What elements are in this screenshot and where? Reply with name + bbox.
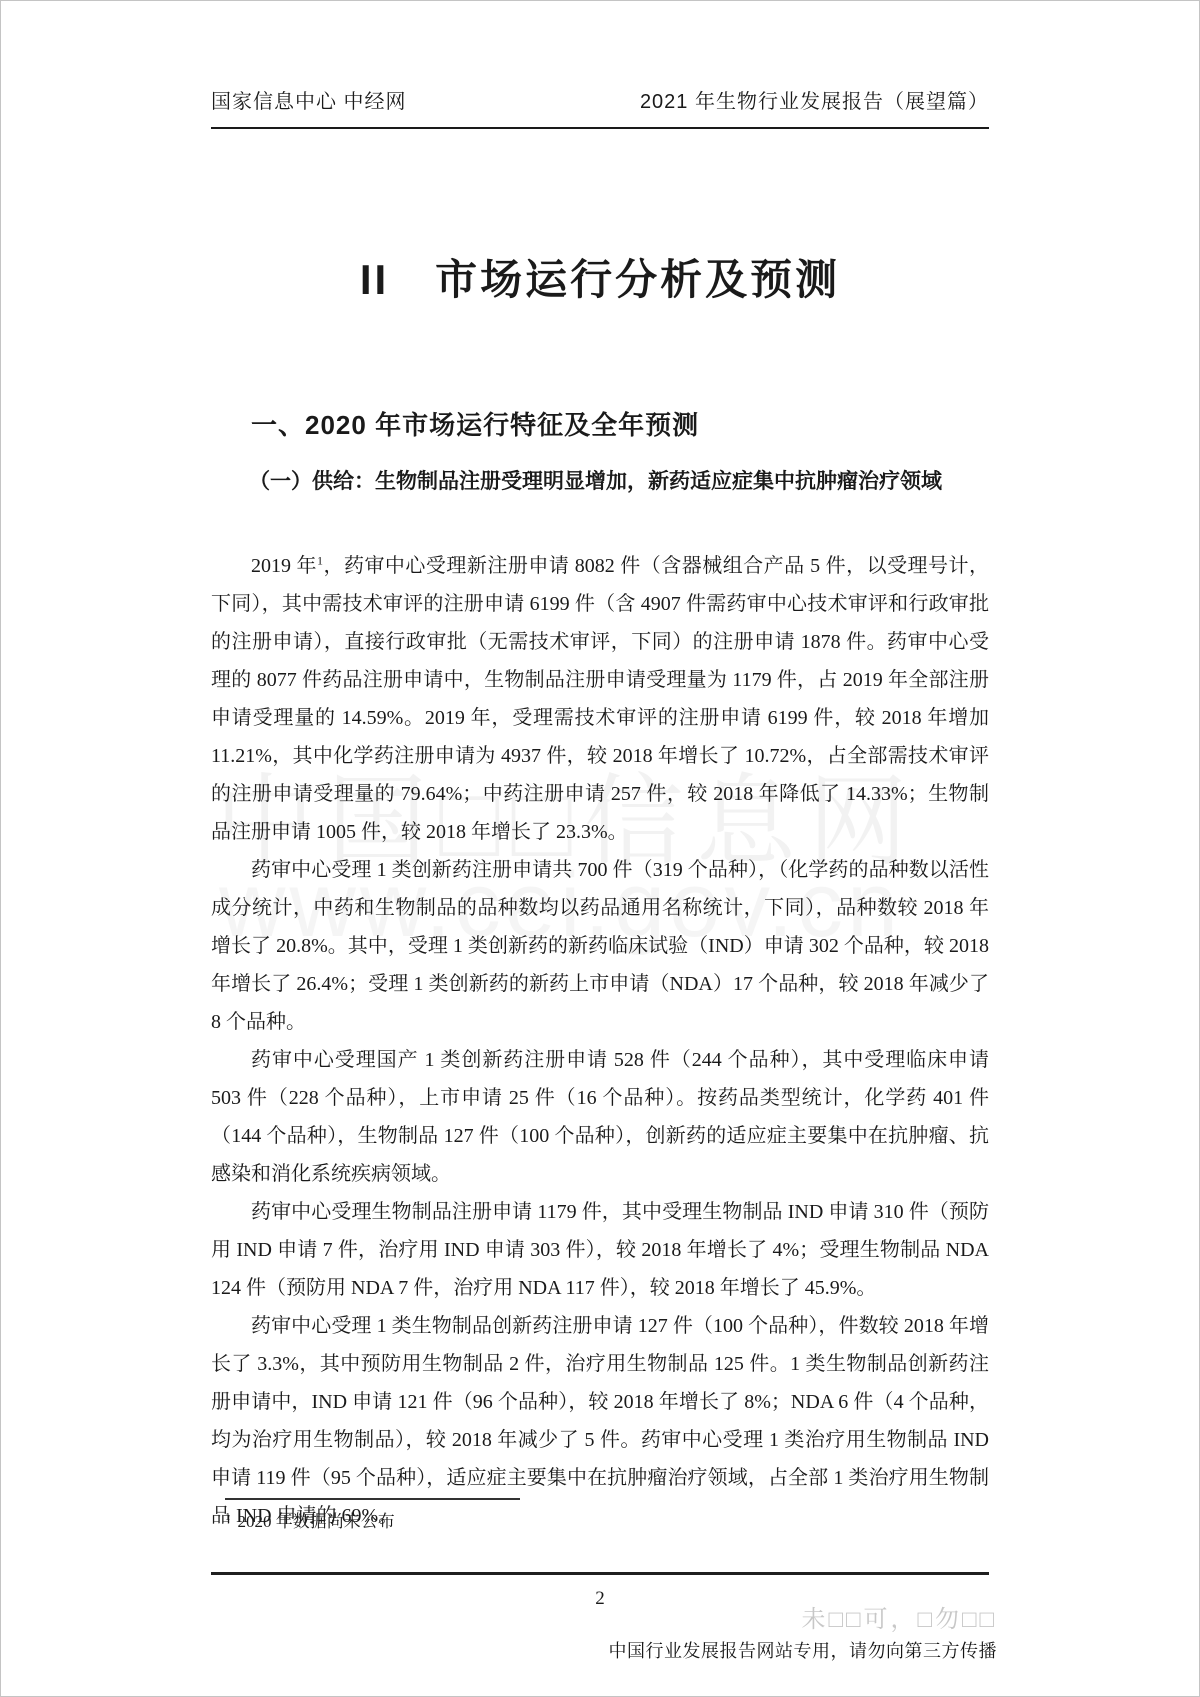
page-footer: 2 未□□可，□勿□□ 中国行业发展报告网站专用，请勿向第三方传播 xyxy=(211,1572,989,1685)
chapter-number: II xyxy=(360,256,389,303)
footer-stamp-watermark: 未□□可，□勿□□ xyxy=(609,1599,998,1634)
header-report-title: 2021 年生物行业发展报告（展望篇） xyxy=(640,85,989,114)
distribution-notice: 中国行业发展报告网站专用，请勿向第三方传播 xyxy=(609,1637,998,1663)
footnote-item: 12020 年数据尚未公布 xyxy=(211,1509,989,1535)
chapter-title-text: 市场运行分析及预测 xyxy=(435,256,840,303)
paragraph-1: 2019 年1，药审中心受理新注册申请 8082 件（含器械组合产品 5 件，以… xyxy=(211,547,989,851)
page-header: 国家信息中心 中经网 2021 年生物行业发展报告（展望篇） xyxy=(211,85,989,129)
paragraph-3: 药审中心受理国产 1 类创新药注册申请 528 件（244 个品种），其中受理临… xyxy=(211,1041,989,1193)
header-org-name: 国家信息中心 中经网 xyxy=(211,85,407,114)
paragraph-1-lead: 2019 年 xyxy=(251,555,317,577)
chapter-title: II市场运行分析及预测 xyxy=(211,254,989,307)
document-page: 中国□□信息网 www.cei.gov.cn 国家信息中心 中经网 2021 年… xyxy=(0,0,1200,1697)
paragraph-4: 药审中心受理生物制品注册申请 1179 件，其中受理生物制品 IND 申请 31… xyxy=(211,1193,989,1307)
section-heading: 一、2020 年市场运行特征及全年预测 xyxy=(211,405,989,442)
footnote-divider xyxy=(225,1498,520,1500)
footer-stamp: 未□□可，□勿□□ 中国行业发展报告网站专用，请勿向第三方传播 xyxy=(609,1599,998,1663)
subsection-heading: （一）供给：生物制品注册受理明显增加，新药适应症集中抗肿瘤治疗领域 xyxy=(211,465,989,495)
paragraph-2: 药审中心受理 1 类创新药注册申请共 700 件（319 个品种），（化学药的品… xyxy=(211,851,989,1041)
footnote-text: 2020 年数据尚未公布 xyxy=(238,1512,395,1531)
footnote-marker: 1 xyxy=(225,1511,231,1523)
body-text: 2019 年1，药审中心受理新注册申请 8082 件（含器械组合产品 5 件，以… xyxy=(211,547,989,1535)
footnote-section: 12020 年数据尚未公布 xyxy=(211,1498,989,1535)
paragraph-1-body: ，药审中心受理新注册申请 8082 件（含器械组合产品 5 件，以受理号计，下同… xyxy=(211,555,989,843)
